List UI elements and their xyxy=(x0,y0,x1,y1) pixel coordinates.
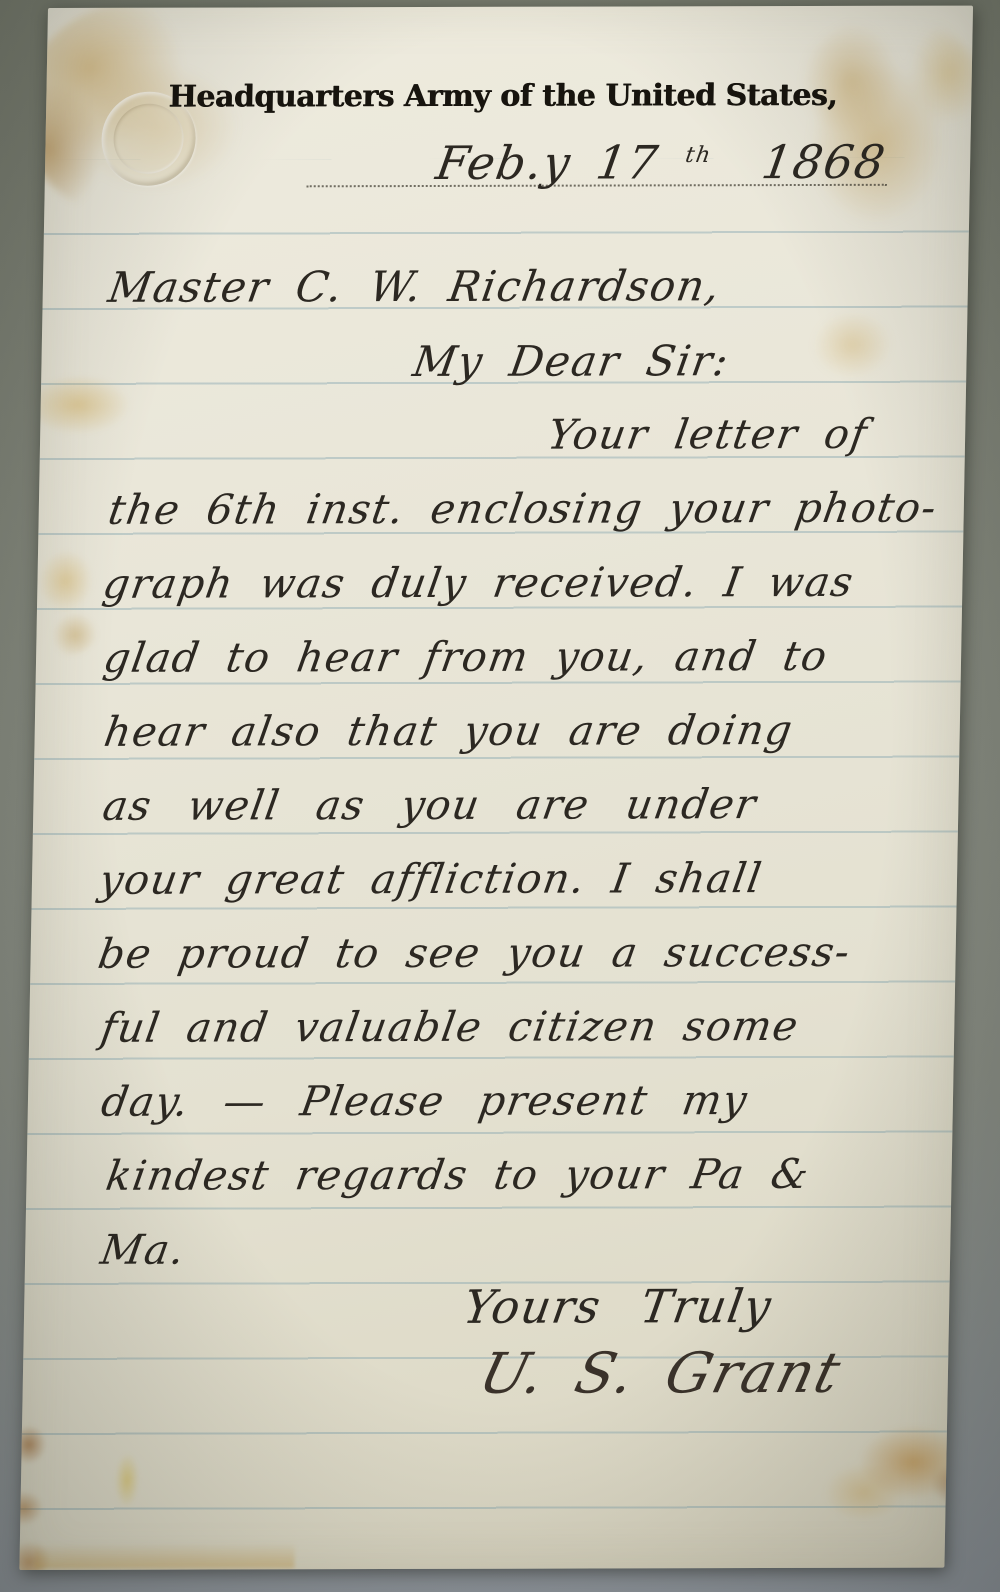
date-year: 1868 xyxy=(758,135,890,189)
closing-line: Yours Truly xyxy=(459,1276,776,1337)
handwritten-line: your great affliction. I shall xyxy=(95,848,767,910)
signature: U. S. Grant xyxy=(473,1344,847,1405)
letterhead-title: Headquarters Army of the United States, xyxy=(168,74,744,120)
handwritten-line: day. — Please present my xyxy=(97,1070,752,1132)
photo-background: Headquarters Army of the United States, … xyxy=(0,0,1000,1592)
handwritten-line: as well as you are under xyxy=(99,774,762,836)
handwritten-line: be proud to see you a success- xyxy=(94,922,855,984)
salutation-line: My Dear Sir: xyxy=(409,331,734,392)
date-handwritten: Feb.y17th1868 xyxy=(432,126,917,194)
date-day: 17th xyxy=(593,136,715,190)
handwritten-line: glad to hear from you, and to xyxy=(99,626,832,688)
date-month: Feb.y xyxy=(432,136,575,190)
handwritten-line: kindest regards to your Pa & xyxy=(102,1144,814,1206)
handwritten-line: graph was duly received. I was xyxy=(99,552,859,614)
handwritten-line: ful and valuable citizen some xyxy=(97,996,804,1058)
letter-page: Headquarters Army of the United States, … xyxy=(19,6,973,1570)
handwritten-line: Ma. xyxy=(96,1220,190,1280)
recipient-line: Master C. W. Richardson, xyxy=(104,256,725,318)
stain-bottom-edge xyxy=(34,1542,294,1569)
handwritten-line: Your letter of xyxy=(543,404,872,465)
handwritten-line: hear also that you are doing xyxy=(100,700,798,762)
handwritten-line: the 6th inst. enclosing your photo- xyxy=(104,478,942,540)
date-ordinal: th xyxy=(684,143,714,168)
